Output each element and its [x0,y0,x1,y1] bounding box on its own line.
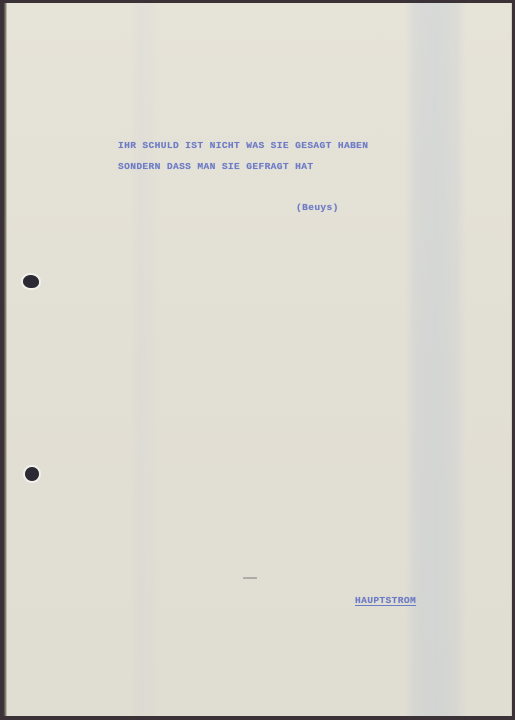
paper-sheet: IHR SCHULD IST NICHT WAS SIE GESAGT HABE… [3,3,512,716]
punch-hole-top [23,275,39,288]
quote-attribution: (Beuys) [296,202,339,213]
quote-line-2: SONDERN DASS MAN SIE GEFRAGT HAT [118,161,313,172]
quote-line-1: IHR SCHULD IST NICHT WAS SIE GESAGT HABE… [118,140,368,151]
scanned-document: IHR SCHULD IST NICHT WAS SIE GESAGT HABE… [0,0,515,720]
ink-mark [243,577,257,579]
page-edge [3,3,7,716]
punch-hole-bottom [25,467,39,481]
signature: HAUPTSTROM [355,595,416,606]
